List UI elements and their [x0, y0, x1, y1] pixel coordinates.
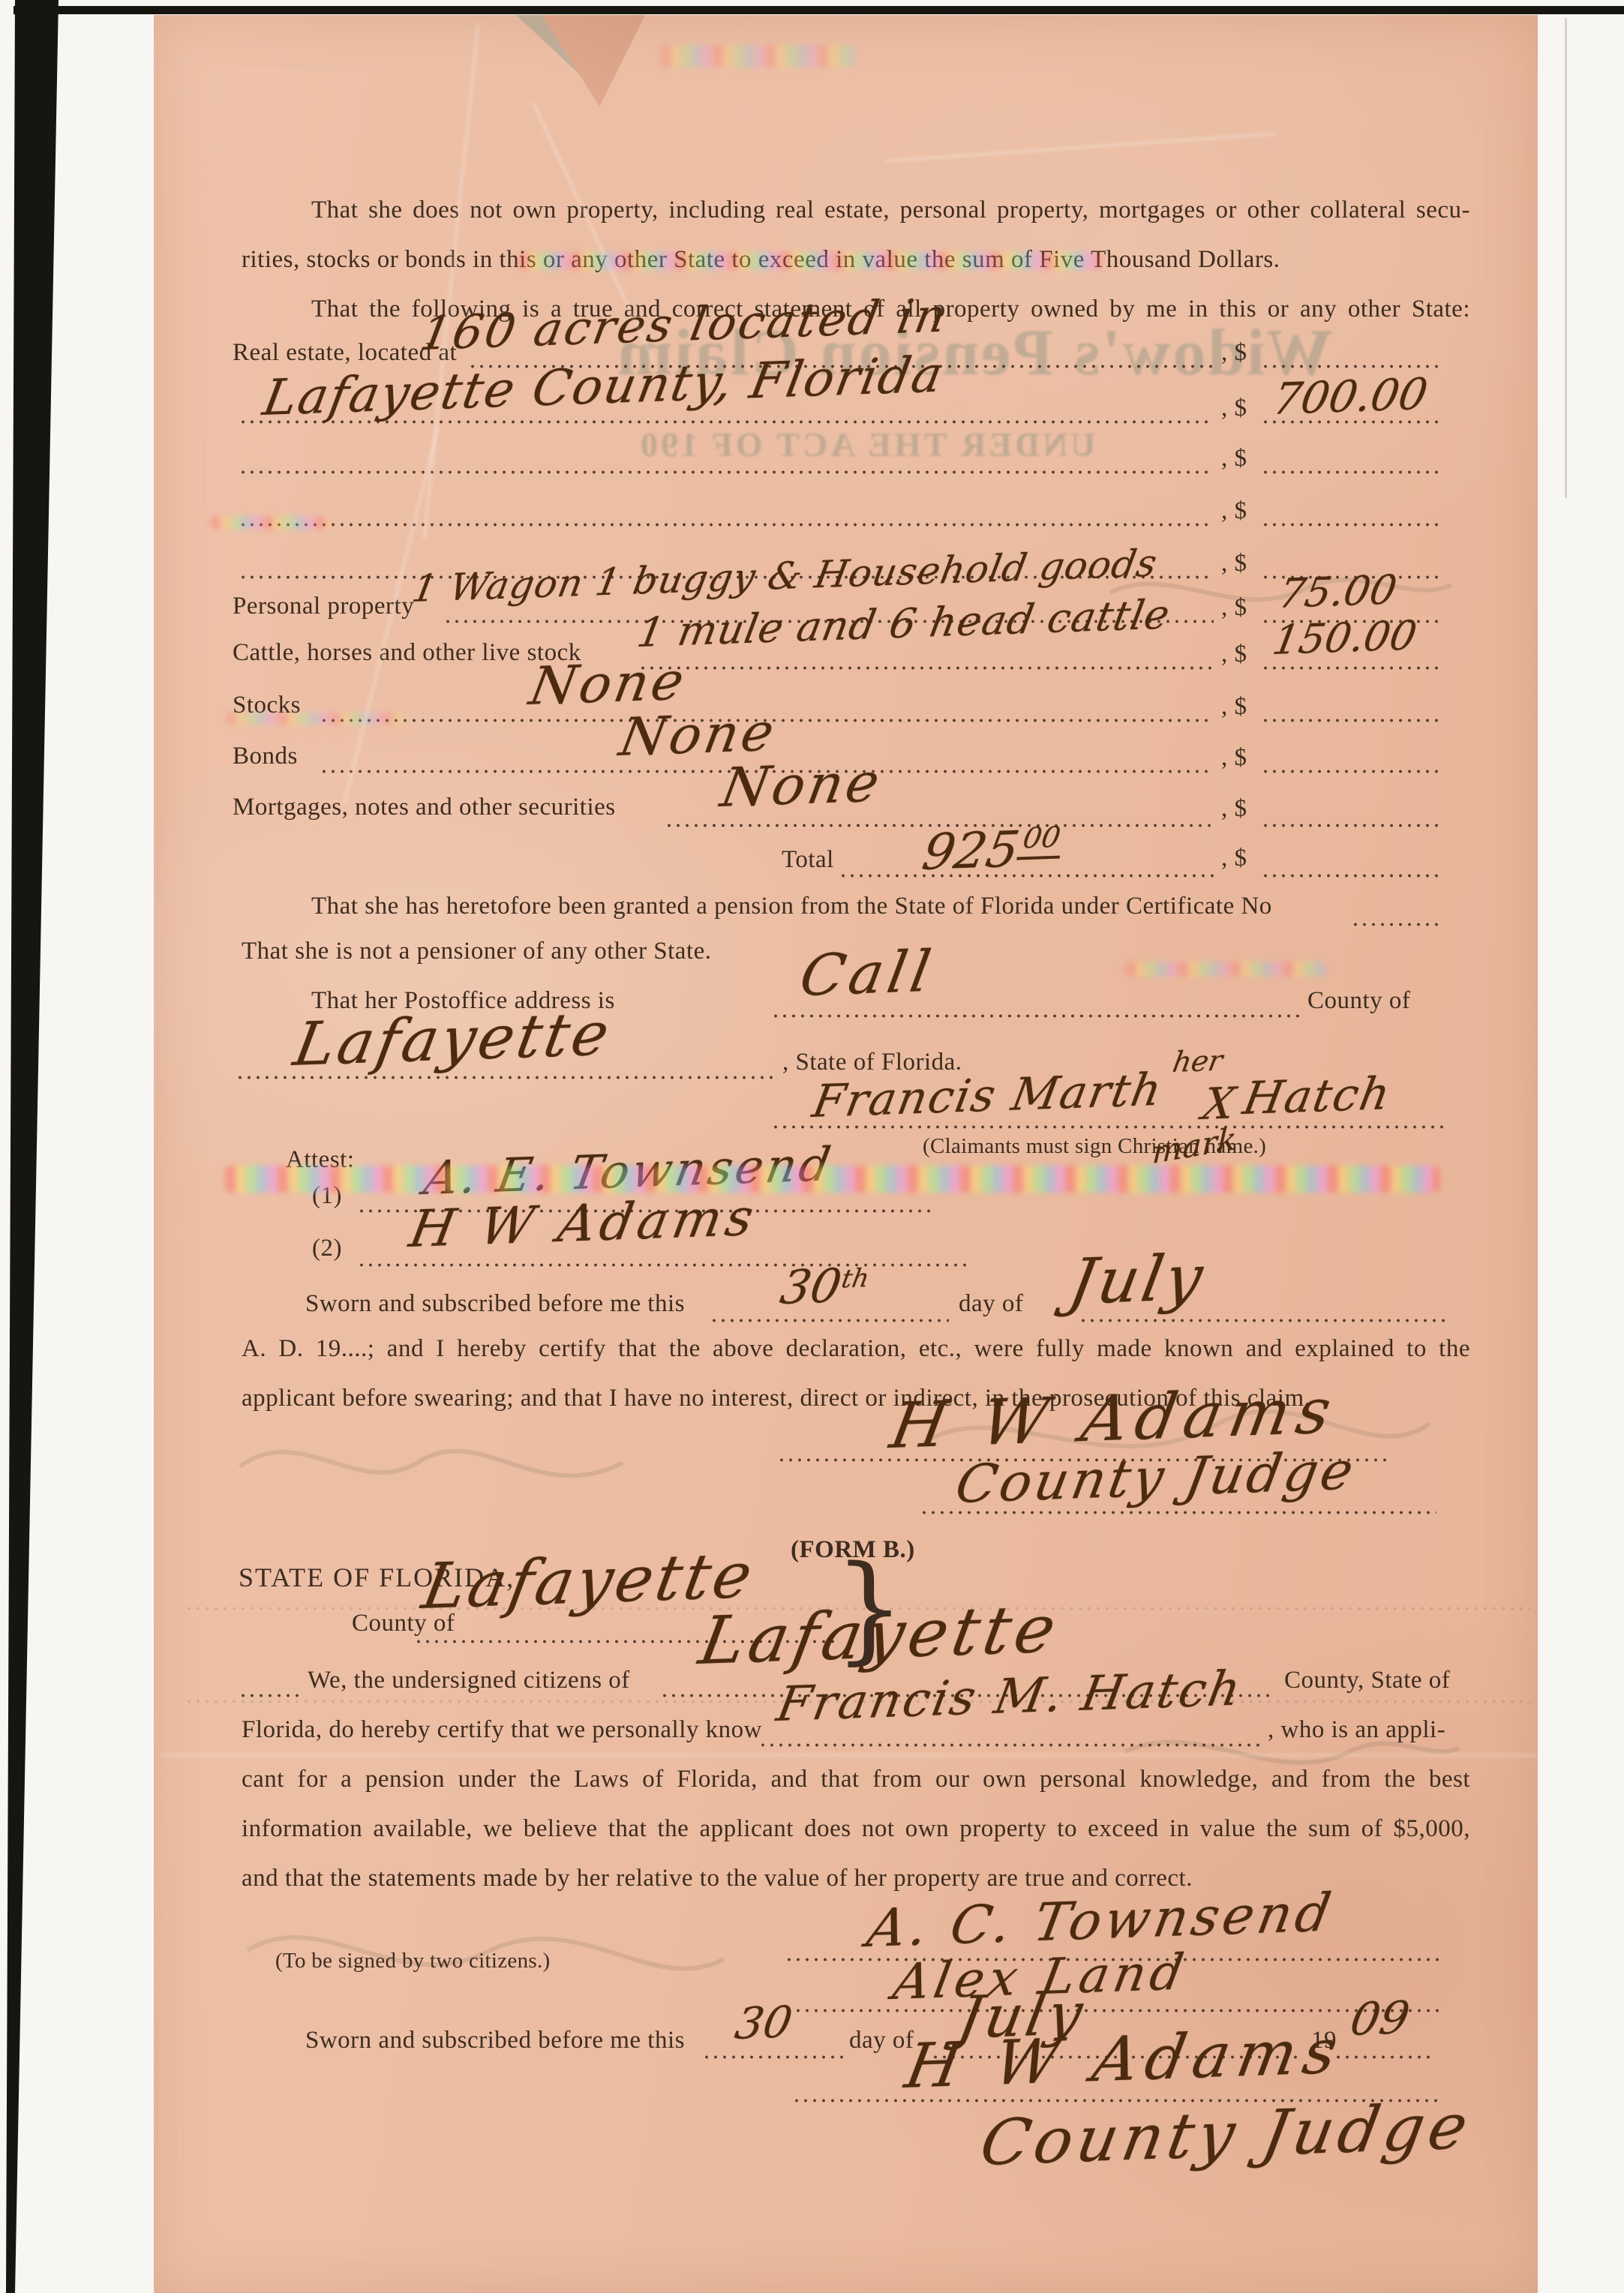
amount-dotted-rule [1264, 470, 1440, 474]
dotted-rule [242, 470, 1214, 474]
iridescent-patch-artifact [1125, 962, 1328, 977]
citizens-certify-line4: information available, we believe that t… [242, 1815, 1470, 1843]
cattle-amount-handwritten: 150.00 [1269, 611, 1420, 664]
attest-signature-2: H W Adams [405, 1188, 762, 1259]
citizens-certify-line5: and that the statements made by her rela… [242, 1865, 1193, 1892]
amount-prefix: , $ [1221, 795, 1247, 823]
amount-prefix: , $ [1221, 845, 1247, 872]
attest-number-2: (2) [312, 1235, 342, 1262]
citizens-certify-line1-prefix: We, the undersigned citizens of [308, 1667, 630, 1694]
claimant-signature-last: Hatch [1239, 1067, 1395, 1125]
month-handwritten-1: July [1064, 1241, 1211, 1319]
total-label: Total [782, 846, 834, 874]
dotted-rule [1354, 923, 1440, 926]
amount-prefix: , $ [1221, 744, 1247, 772]
amount-dotted-rule [1264, 719, 1440, 722]
pension-granted-statement: That she has heretofore been granted a p… [311, 893, 1272, 920]
dotted-rule [641, 666, 1214, 670]
amount-prefix: , $ [1221, 339, 1247, 367]
year-handwritten: 09 [1346, 1991, 1413, 2046]
sworn-subscribed-line-1: Sworn and subscribed before me this [305, 1290, 685, 1318]
total-cents: 00 [1016, 821, 1066, 860]
certify-line-1: A. D. 19....; and I hereby certify that … [242, 1335, 1470, 1363]
dotted-rule [1337, 2055, 1430, 2059]
citizens-certify-line1-suffix: County, State of [1284, 1667, 1450, 1694]
personal-property-amount-handwritten: 75.00 [1275, 566, 1400, 617]
amount-prefix: , $ [1221, 693, 1247, 721]
citizens-county-handwritten: Lafayette [694, 1590, 1066, 1679]
declaration-paragraph1-line1: That she does not own property, includin… [311, 197, 1470, 224]
iridescent-patch-artifact [225, 713, 405, 725]
dotted-rule [774, 1014, 1303, 1018]
scan-top-edge [14, 6, 1624, 14]
citizens-note: (To be signed by two citizens.) [275, 1949, 550, 1973]
dotted-rule [713, 1319, 949, 1322]
scanned-document-page: Widow's Pension Claim UNDER THE ACT OF 1… [0, 0, 1624, 2293]
iridescent-patch-artifact [210, 516, 330, 530]
postoffice-handwritten-value: Call [795, 938, 940, 1009]
sworn-subscribed-line-2: Sworn and subscribed before me this [305, 2027, 685, 2054]
citizen-signature-rule-2 [788, 2009, 1440, 2012]
claimant-her-annotation: her [1170, 1044, 1225, 1079]
amount-prefix: , $ [1221, 550, 1247, 578]
amount-dotted-rule [1264, 365, 1440, 368]
county-of-label: County of [1307, 987, 1410, 1015]
dotted-rule [242, 523, 1214, 527]
amount-dotted-rule [1264, 874, 1440, 878]
amount-prefix: , $ [1221, 497, 1247, 525]
cattle-label: Cattle, horses and other live stock [233, 639, 581, 667]
iridescent-patch-artifact [660, 45, 855, 68]
dotted-rule [1082, 1319, 1445, 1322]
amount-dotted-rule [1264, 666, 1440, 670]
mortgages-handwritten-value: None [716, 751, 887, 819]
day-of-label-1: day of [959, 1290, 1023, 1318]
day-handwritten-2: 30 [731, 1996, 796, 2049]
amount-dotted-rule [1264, 770, 1440, 773]
amount-prefix: , $ [1221, 594, 1247, 622]
dotted-rule [761, 1743, 1260, 1747]
citizens-certify-line2-suffix: , who is an appli- [1268, 1716, 1445, 1744]
dotted-rule [360, 1263, 968, 1267]
bonds-label: Bonds [233, 743, 298, 770]
amount-prefix: , $ [1221, 395, 1247, 422]
amount-dotted-rule [1264, 824, 1440, 827]
day-handwritten-1: 30th [776, 1257, 872, 1315]
amount-prefix: , $ [1221, 445, 1247, 473]
iridescent-band-artifact [225, 1166, 1440, 1193]
day-ordinal-suffix: th [839, 1263, 872, 1294]
dotted-rule [242, 1694, 302, 1697]
personal-property-label: Personal property [233, 593, 414, 620]
paper-right-edge-shadow [1565, 18, 1567, 498]
amount-dotted-rule [1264, 523, 1440, 527]
amount-prefix: , $ [1221, 641, 1247, 668]
dotted-rule [705, 2055, 844, 2059]
mortgages-label: Mortgages, notes and other securities [233, 794, 616, 821]
citizens-certify-line2-prefix: Florida, do hereby certify that we perso… [242, 1716, 762, 1744]
paper-crease [161, 1754, 1538, 1757]
real-estate-amount-handwritten: 700.00 [1269, 368, 1431, 425]
citizens-certify-line3: cant for a pension under the Laws of Flo… [242, 1766, 1470, 1793]
not-pensioner-statement: That she is not a pensioner of any other… [242, 938, 712, 965]
total-handwritten-value: 92500 [918, 819, 1067, 881]
day-of-label-2: day of [849, 2027, 914, 2054]
county-handwritten-value: Lafayette [289, 998, 617, 1079]
